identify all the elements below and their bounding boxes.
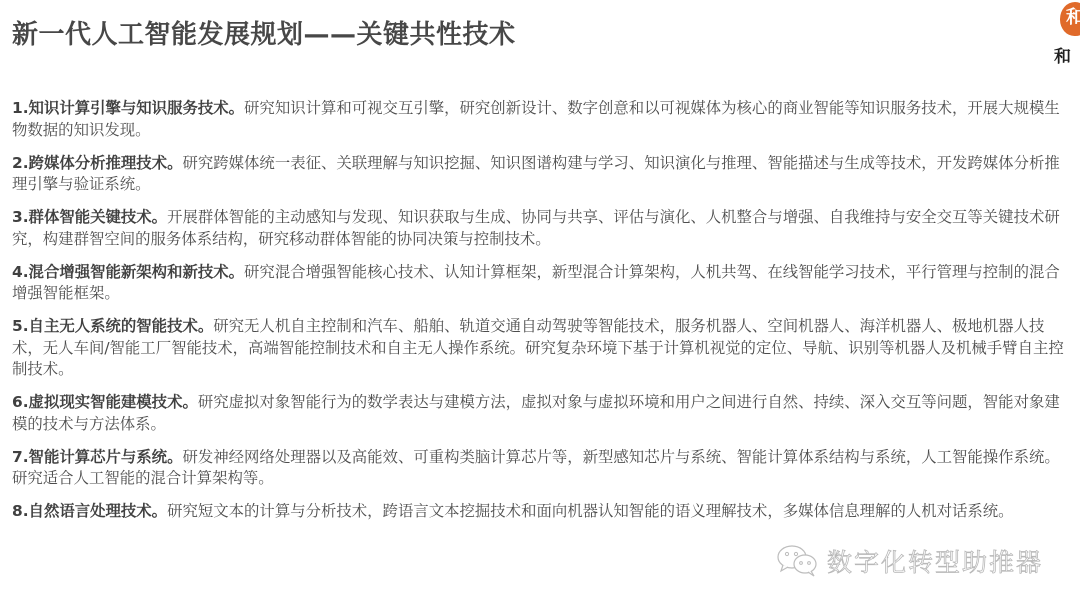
key-technologies-list: 1.知识计算引擎与知识服务技术。研究知识计算和可视交互引擎，研究创新设计、数字创…	[12, 98, 1072, 534]
list-item-7: 7.智能计算芯片与系统。研发神经网络处理器以及高能效、可重构类脑计算芯片等，新型…	[12, 447, 1072, 490]
item-heading: 8.自然语言处理技术。	[12, 502, 167, 520]
list-item-8: 8.自然语言处理技术。研究短文本的计算与分析技术，跨语言文本挖掘技术和面向机器认…	[12, 501, 1072, 523]
item-heading: 1.知识计算引擎与知识服务技术。	[12, 99, 244, 117]
list-item-5: 5.自主无人系统的智能技术。研究无人机自主控制和汽车、船舶、轨道交通自动驾驶等智…	[12, 316, 1072, 381]
brand-logo: 和 和	[1054, 0, 1080, 70]
list-item-2: 2.跨媒体分析推理技术。研究跨媒体统一表征、关联理解与知识挖掘、知识图谱构建与学…	[12, 153, 1072, 196]
item-heading: 6.虚拟现实智能建模技术。	[12, 393, 198, 411]
item-heading: 2.跨媒体分析推理技术。	[12, 154, 182, 172]
wechat-icon	[775, 543, 821, 579]
watermark-text: 数字化转型助推器	[827, 543, 1043, 579]
item-heading: 3.群体智能关键技术。	[12, 208, 167, 226]
list-item-1: 1.知识计算引擎与知识服务技术。研究知识计算和可视交互引擎，研究创新设计、数字创…	[12, 98, 1072, 141]
logo-text: 和	[1054, 42, 1071, 67]
item-heading: 5.自主无人系统的智能技术。	[12, 317, 213, 335]
seal-icon: 和	[1060, 2, 1080, 36]
list-item-4: 4.混合增强智能新架构和新技术。研究混合增强智能核心技术、认知计算框架，新型混合…	[12, 262, 1072, 305]
list-item-6: 6.虚拟现实智能建模技术。研究虚拟对象智能行为的数学表达与建模方法，虚拟对象与虚…	[12, 392, 1072, 435]
item-body: 开展群体智能的主动感知与发现、知识获取与生成、协同与共享、评估与演化、人机整合与…	[12, 208, 1060, 248]
item-heading: 7.智能计算芯片与系统。	[12, 448, 182, 466]
item-heading: 4.混合增强智能新架构和新技术。	[12, 263, 244, 281]
list-item-3: 3.群体智能关键技术。开展群体智能的主动感知与发现、知识获取与生成、协同与共享、…	[12, 207, 1072, 250]
item-body: 研究短文本的计算与分析技术，跨语言文本挖掘技术和面向机器认知智能的语义理解技术，…	[167, 502, 1014, 520]
watermark: 数字化转型助推器	[775, 543, 1043, 579]
slide-title: 新一代人工智能发展规划——关键共性技术	[12, 14, 516, 51]
